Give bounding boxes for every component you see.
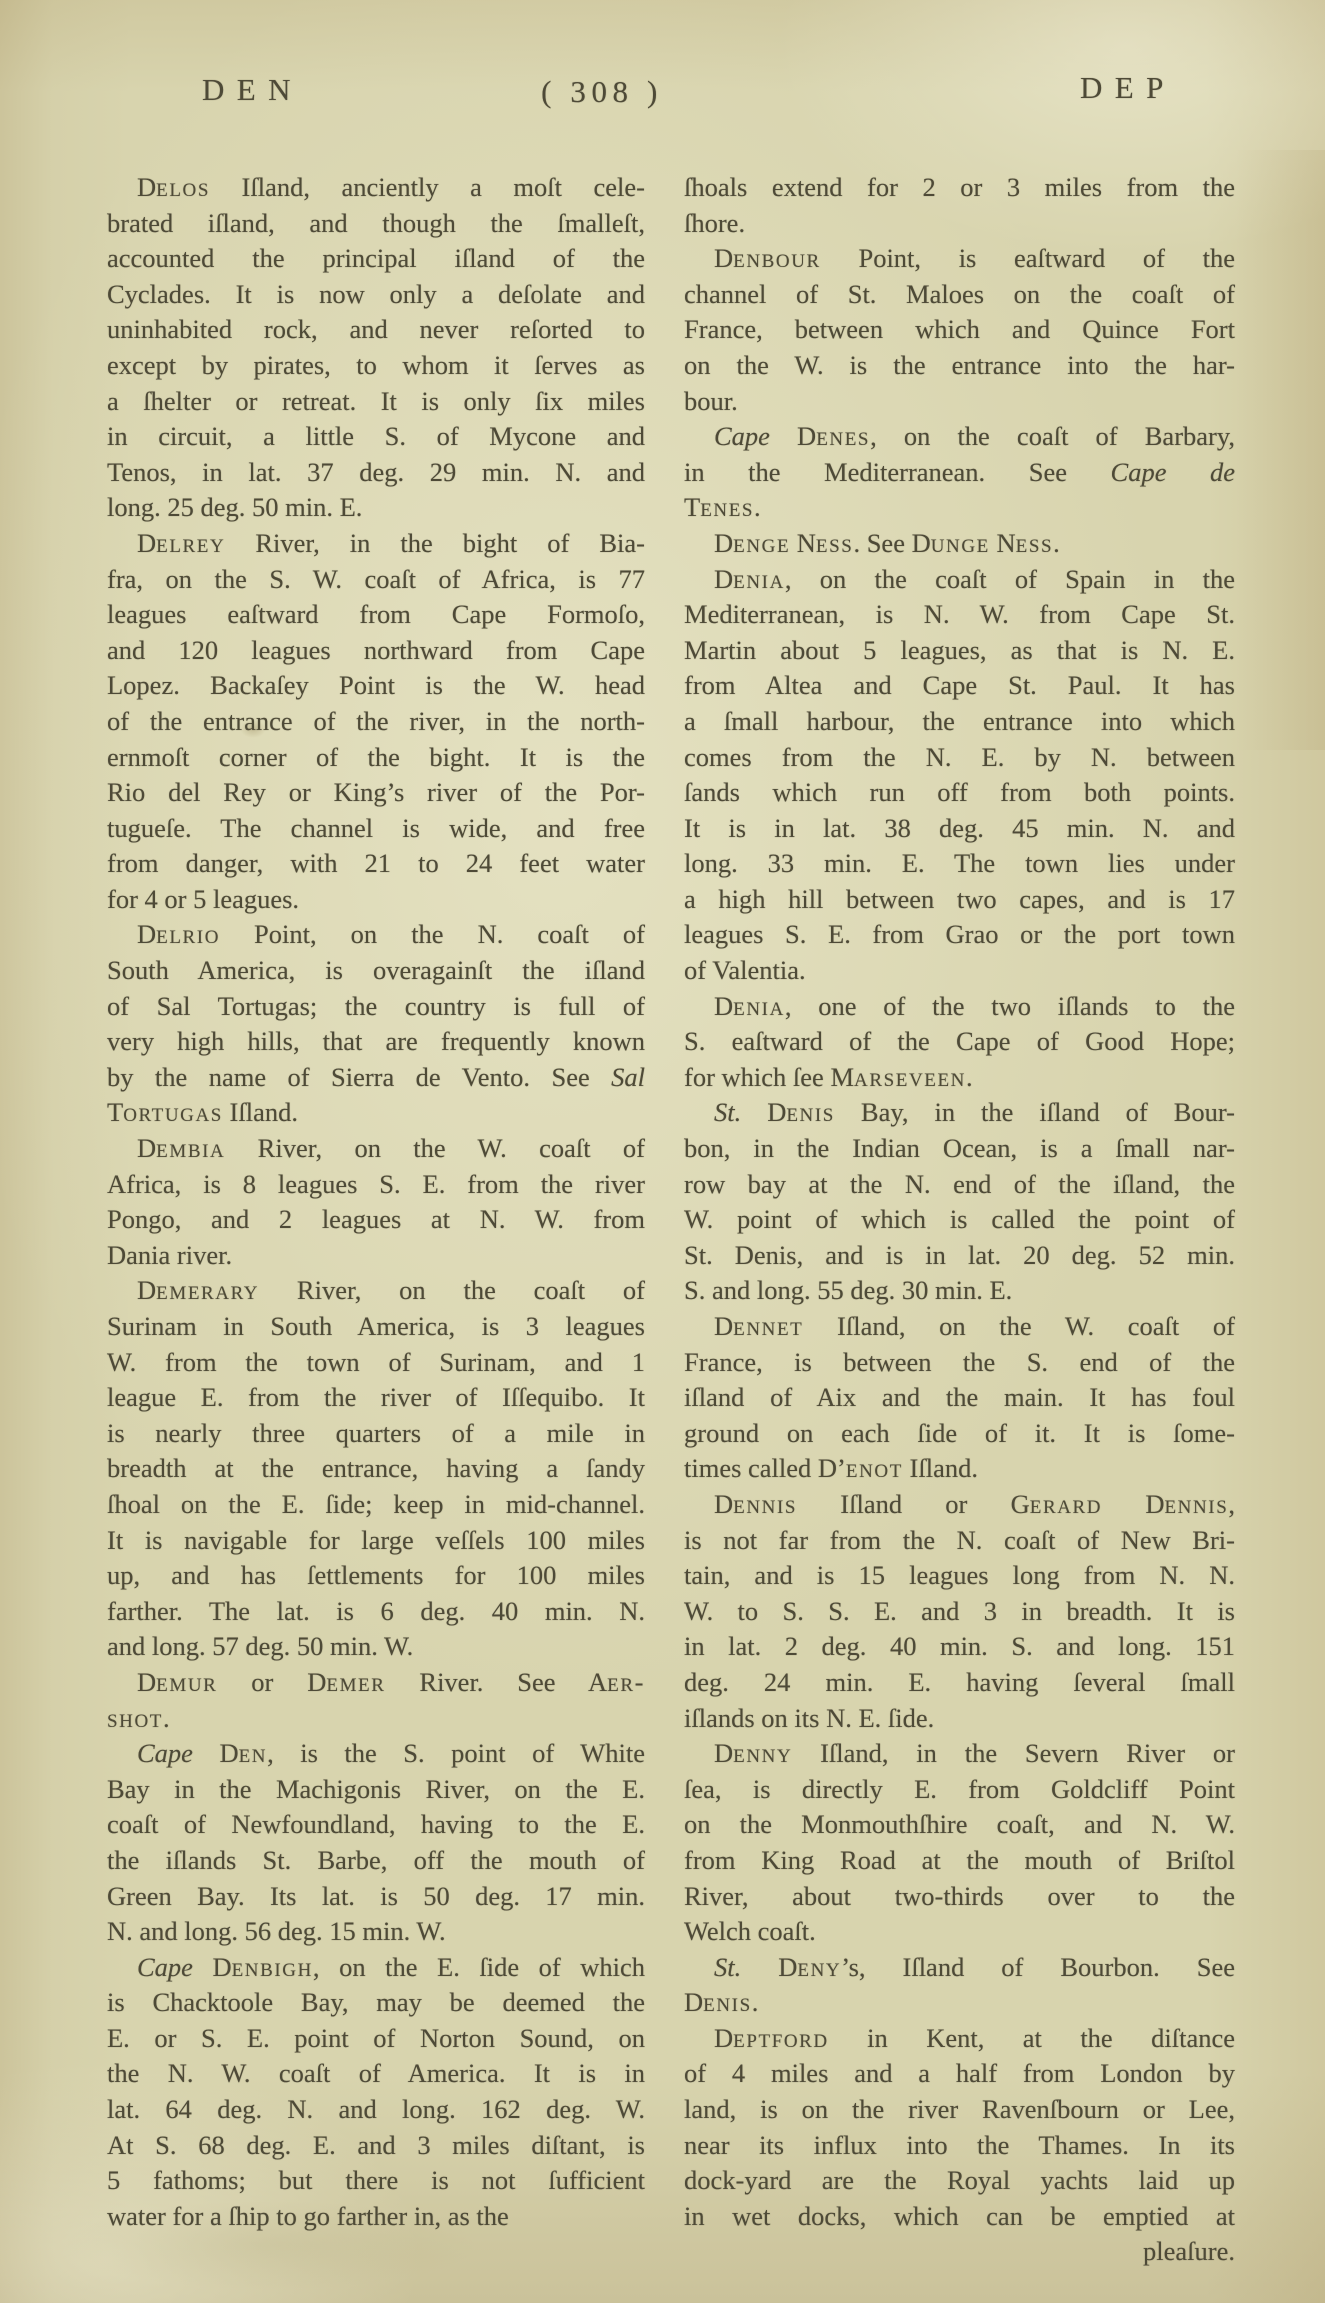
right-text-column: ſhoals extend for 2 or 3 miles from theſ… — [684, 170, 1235, 2270]
text-line: farther. The lat. is 6 deg. 40 min. N. — [107, 1594, 645, 1630]
text-line: breadth at the entrance, having a ſandy — [107, 1451, 645, 1487]
text-line: long. 25 deg. 50 min. E. — [107, 490, 645, 526]
text-line: water for a ſhip to go farther in, as th… — [107, 2199, 645, 2235]
text-line: Tenos, in lat. 37 deg. 29 min. N. and — [107, 455, 645, 491]
text-line: brated iſland, and though the ſmalleſt, — [107, 206, 645, 242]
text-line: and 120 leagues northward from Cape — [107, 633, 645, 669]
text-line: Cape Den, is the S. point of White — [107, 1736, 645, 1772]
text-line: times called D’enot Iſland. — [684, 1451, 1235, 1487]
scanned-book-page: { "header": { "left": "DEN", "center": "… — [0, 0, 1325, 2303]
text-line: ſhore. — [684, 206, 1235, 242]
text-line: a ſmall harbour, the entrance into which — [684, 704, 1235, 740]
text-line: of the entrance of the river, in the nor… — [107, 704, 645, 740]
text-line: Dembia River, on the W. coaſt of — [107, 1131, 645, 1167]
text-line: up, and has ſettlements for 100 miles — [107, 1558, 645, 1594]
text-line: South America, is overagainſt the iſland — [107, 953, 645, 989]
text-line: It is navigable for large veſſels 100 mi… — [107, 1523, 645, 1559]
text-line: Denny Iſland, in the Severn River or — [684, 1736, 1235, 1772]
text-line: ernmoſt corner of the bight. It is the — [107, 740, 645, 776]
text-line: Cape Denbigh, on the E. ſide of which — [107, 1950, 645, 1986]
text-line: Deptford in Kent, at the diſtance — [684, 2021, 1235, 2057]
text-line: Pongo, and 2 leagues at N. W. from — [107, 1202, 645, 1238]
text-line: tain, and is 15 leagues long from N. N. — [684, 1558, 1235, 1594]
text-line: S. and long. 55 deg. 30 min. E. — [684, 1273, 1235, 1309]
text-line: league E. from the river of Iſſequibo. I… — [107, 1380, 645, 1416]
text-line: Denge Ness. See Dunge Ness. — [684, 526, 1235, 562]
text-line: accounted the principal iſland of the — [107, 241, 645, 277]
text-line: Green Bay. Its lat. is 50 deg. 17 min. — [107, 1879, 645, 1915]
text-line: Dania river. — [107, 1238, 645, 1274]
text-line: E. or S. E. point of Norton Sound, on — [107, 2021, 645, 2057]
text-line: on the W. is the entrance into the har- — [684, 348, 1235, 384]
text-line: lat. 64 deg. N. and long. 162 deg. W. — [107, 2092, 645, 2128]
text-line: bour. — [684, 384, 1235, 420]
text-line: France, is between the S. end of the — [684, 1345, 1235, 1381]
running-title-left: DEN — [202, 72, 303, 108]
text-line: River, about two-thirds over to the — [684, 1879, 1235, 1915]
text-line: uninhabited rock, and never reſorted to — [107, 312, 645, 348]
text-line: Mediterranean, is N. W. from Cape St. — [684, 597, 1235, 633]
text-line: W. to S. S. E. and 3 in breadth. It is — [684, 1594, 1235, 1630]
text-line: in the Mediterranean. See Cape de — [684, 455, 1235, 491]
text-line: comes from the N. E. by N. between — [684, 740, 1235, 776]
text-line: Denia, on the coaſt of Spain in the — [684, 562, 1235, 598]
text-line: in lat. 2 deg. 40 min. S. and long. 151 — [684, 1629, 1235, 1665]
text-line: Delos Iſland, anciently a moſt cele- — [107, 170, 645, 206]
text-line: W. point of which is called the point of — [684, 1202, 1235, 1238]
text-line: leagues eaſtward from Cape Formoſo, — [107, 597, 645, 633]
running-title-right: DEP — [1080, 70, 1176, 106]
text-line: of 4 miles and a half from London by — [684, 2056, 1235, 2092]
text-line: the iſlands St. Barbe, off the mouth of — [107, 1843, 645, 1879]
text-line: and long. 57 deg. 50 min. W. — [107, 1629, 645, 1665]
text-line: tugueſe. The channel is wide, and free — [107, 811, 645, 847]
text-line: long. 33 min. E. The town lies under — [684, 846, 1235, 882]
text-line: At S. 68 deg. E. and 3 miles diſtant, is — [107, 2128, 645, 2164]
text-line: St. Denis, and is in lat. 20 deg. 52 min… — [684, 1238, 1235, 1274]
text-line: in circuit, a little S. of Mycone and — [107, 419, 645, 455]
text-line: ſhoals extend for 2 or 3 miles from the — [684, 170, 1235, 206]
text-line: France, between which and Quince Fort — [684, 312, 1235, 348]
text-line: is Chacktoole Bay, may be deemed the — [107, 1985, 645, 2021]
text-line: Bay in the Machigonis River, on the E. — [107, 1772, 645, 1808]
text-line: Delrio Point, on the N. coaſt of — [107, 917, 645, 953]
text-line: coaſt of Newfoundland, having to the E. — [107, 1807, 645, 1843]
text-line: 5 fathoms; but there is not ſufficient — [107, 2163, 645, 2199]
text-line: fra, on the S. W. coaſt of Africa, is 77 — [107, 562, 645, 598]
text-line: for which ſee Marseveen. — [684, 1060, 1235, 1096]
text-line: a high hill between two capes, and is 17 — [684, 882, 1235, 918]
text-line: of Valentia. — [684, 953, 1235, 989]
text-line: except by pirates, to whom it ſerves as — [107, 348, 645, 384]
text-line: Tenes. — [684, 490, 1235, 526]
text-line: Demur or Demer River. See Aer- — [107, 1665, 645, 1701]
text-line: is nearly three quarters of a mile in — [107, 1416, 645, 1452]
text-line: ſhoal on the E. ſide; keep in mid-channe… — [107, 1487, 645, 1523]
text-line: dock-yard are the Royal yachts laid up — [684, 2163, 1235, 2199]
text-line: near its influx into the Thames. In its — [684, 2128, 1235, 2164]
text-line: Rio del Rey or King’s river of the Por- — [107, 775, 645, 811]
text-line: ground on each ſide of it. It is ſome- — [684, 1416, 1235, 1452]
text-line: It is in lat. 38 deg. 45 min. N. and — [684, 811, 1235, 847]
text-line: by the name of Sierra de Vento. See Sal — [107, 1060, 645, 1096]
left-text-column: Delos Iſland, anciently a moſt cele-brat… — [107, 170, 645, 2234]
text-line: from Altea and Cape St. Paul. It has — [684, 668, 1235, 704]
text-line: on the Monmouthſhire coaſt, and N. W. — [684, 1807, 1235, 1843]
text-line: channel of St. Maloes on the coaſt of — [684, 277, 1235, 313]
text-line: of Sal Tortugas; the country is full of — [107, 989, 645, 1025]
text-line: pleaſure. — [684, 2234, 1235, 2270]
text-line: the N. W. coaſt of America. It is in — [107, 2056, 645, 2092]
text-line: iſland of Aix and the main. It has foul — [684, 1380, 1235, 1416]
page-number: ( 308 ) — [472, 74, 732, 110]
text-line: Dennet Iſland, on the W. coaſt of — [684, 1309, 1235, 1345]
text-line: shot. — [107, 1701, 645, 1737]
text-line: in wet docks, which can be emptied at — [684, 2199, 1235, 2235]
text-line: W. from the town of Surinam, and 1 — [107, 1345, 645, 1381]
text-line: deg. 24 min. E. having ſeveral ſmall — [684, 1665, 1235, 1701]
text-line: Martin about 5 leagues, as that is N. E. — [684, 633, 1235, 669]
text-line: iſlands on its N. E. ſide. — [684, 1701, 1235, 1737]
text-line: St. Deny’s, Iſland of Bourbon. See — [684, 1950, 1235, 1986]
text-line: St. Denis Bay, in the iſland of Bour- — [684, 1095, 1235, 1131]
text-line: Africa, is 8 leagues S. E. from the rive… — [107, 1167, 645, 1203]
text-line: Cyclades. It is now only a deſolate and — [107, 277, 645, 313]
text-line: S. eaſtward of the Cape of Good Hope; — [684, 1024, 1235, 1060]
text-line: for 4 or 5 leagues. — [107, 882, 645, 918]
text-line: Dennis Iſland or Gerard Dennis, — [684, 1487, 1235, 1523]
text-line: bon, in the Indian Ocean, is a ſmall nar… — [684, 1131, 1235, 1167]
text-line: a ſhelter or retreat. It is only ſix mil… — [107, 384, 645, 420]
text-line: Cape Denes, on the coaſt of Barbary, — [684, 419, 1235, 455]
text-line: is not far from the N. coaſt of New Bri- — [684, 1523, 1235, 1559]
text-line: Denbour Point, is eaſtward of the — [684, 241, 1235, 277]
text-line: Denis. — [684, 1985, 1235, 2021]
text-line: leagues S. E. from Grao or the port town — [684, 917, 1235, 953]
text-line: Welch coaſt. — [684, 1914, 1235, 1950]
page-edge-shading — [1235, 150, 1325, 750]
text-line: ſea, is directly E. from Goldcliff Point — [684, 1772, 1235, 1808]
text-line: Delrey River, in the bight of Bia- — [107, 526, 645, 562]
text-line: row bay at the N. end of the iſland, the — [684, 1167, 1235, 1203]
text-line: from danger, with 21 to 24 feet water — [107, 846, 645, 882]
text-line: very high hills, that are frequently kno… — [107, 1024, 645, 1060]
text-line: from King Road at the mouth of Briſtol — [684, 1843, 1235, 1879]
text-line: land, is on the river Ravenſbourn or Lee… — [684, 2092, 1235, 2128]
text-line: ſands which run off from both points. — [684, 775, 1235, 811]
text-line: Denia, one of the two iſlands to the — [684, 989, 1235, 1025]
text-line: Lopez. Backaſey Point is the W. head — [107, 668, 645, 704]
text-line: Tortugas Iſland. — [107, 1095, 645, 1131]
text-line: Demerary River, on the coaſt of — [107, 1273, 645, 1309]
text-line: N. and long. 56 deg. 15 min. W. — [107, 1914, 645, 1950]
text-line: Surinam in South America, is 3 leagues — [107, 1309, 645, 1345]
